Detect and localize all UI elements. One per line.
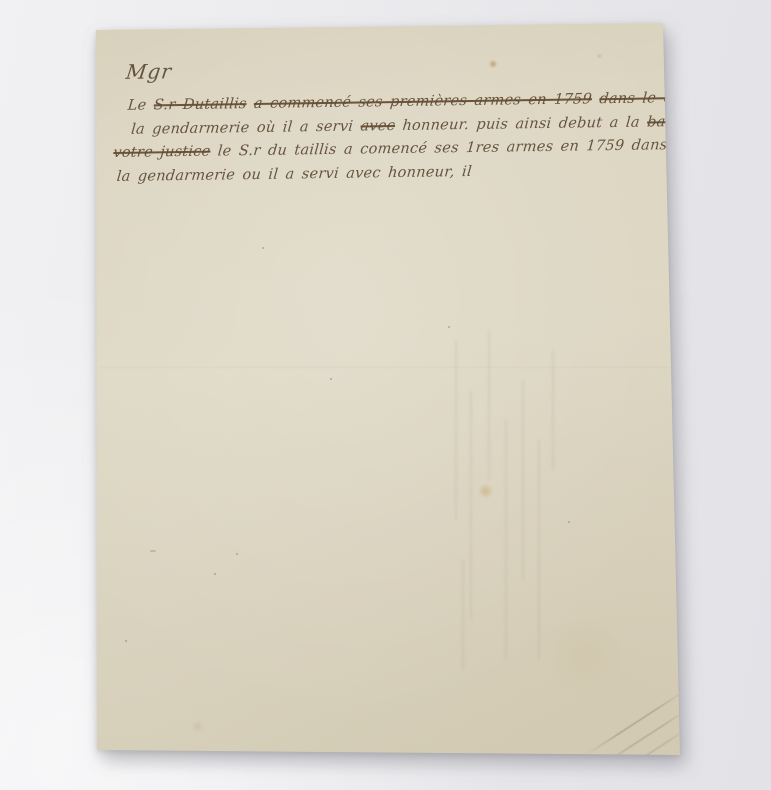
- salutation: Mgr: [125, 59, 188, 84]
- corner-crease: [627, 729, 686, 768]
- stain-spot: [192, 721, 204, 732]
- verso-bleedthrough-streak: [505, 420, 507, 660]
- verso-bleedthrough-streak: [462, 560, 464, 670]
- text-segment: la gendarmerie où il a servi: [130, 118, 354, 137]
- fleck: [236, 553, 238, 555]
- stain-spot: [540, 620, 630, 690]
- struck-text-segment: votre justice: [113, 144, 212, 161]
- fold-line: [100, 367, 670, 368]
- struck-text-segment: bastille reclame: [646, 112, 771, 130]
- fleck: [262, 247, 264, 249]
- text-segment: le S.r du taillis a comencé ses 1res arm…: [217, 136, 764, 160]
- fleck: [330, 378, 332, 380]
- manuscript-page: Mgr Le S.r Dutaillis a commencé ses prem…: [0, 0, 771, 790]
- struck-text-segment: S.r Dutaillis: [153, 96, 247, 113]
- verso-bleedthrough-streak: [470, 390, 472, 620]
- fleck: [214, 573, 216, 575]
- struck-text-segment: dans le corps de: [599, 89, 732, 107]
- fleck: [448, 326, 450, 328]
- paper-shadow: Mgr Le S.r Dutaillis a commencé ses prem…: [0, 0, 771, 790]
- verso-bleedthrough-streak: [455, 340, 457, 520]
- verso-bleedthrough-streak: [488, 330, 490, 480]
- text-segment: honneur. puis ainsi debut a la: [402, 114, 641, 133]
- stain-spot: [477, 484, 494, 498]
- manuscript-text: Mgr Le S.r Dutaillis a commencé ses prem…: [112, 52, 694, 189]
- verso-bleedthrough-streak: [552, 350, 554, 470]
- struck-text-segment: a commencé ses premières armes en 1759: [253, 91, 593, 112]
- text-segment: Le: [127, 98, 147, 114]
- corner-crease: [586, 690, 686, 755]
- fleck: [568, 521, 570, 523]
- fleck: [150, 550, 156, 552]
- fleck: [125, 640, 127, 642]
- struck-text-segment: avec: [360, 118, 396, 135]
- verso-bleedthrough-streak: [538, 440, 540, 660]
- photo-background: Mgr Le S.r Dutaillis a commencé ses prem…: [0, 0, 771, 790]
- text-segment: la gendarmerie ou il a servi avec honneu…: [116, 163, 473, 184]
- corner-crease: [604, 709, 688, 764]
- verso-bleedthrough-streak: [522, 380, 524, 580]
